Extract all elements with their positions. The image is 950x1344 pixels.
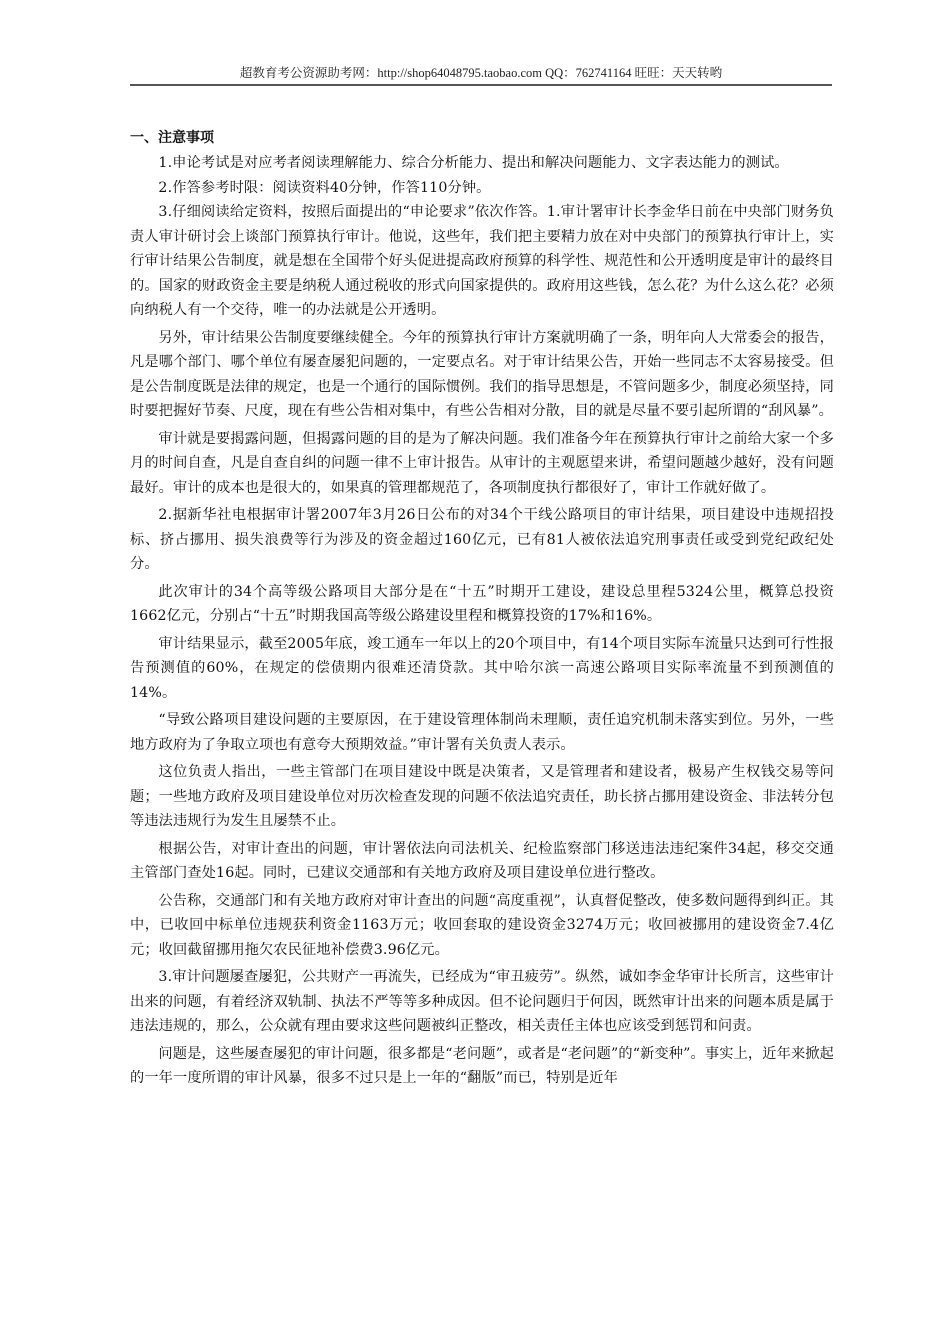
- paragraph: “导致公路项目建设问题的主要原因，在于建设管理体制尚未理顺，责任追究机制未落实到…: [130, 708, 834, 757]
- document-body: 一、注意事项 1.申论考试是对应考者阅读理解能力、综合分析能力、提出和解决问题能…: [130, 128, 834, 1091]
- page-header: 超教育考公资源助考网：http://shop64048795.taobao.co…: [130, 63, 832, 81]
- paragraph: 另外，审计结果公告制度要继续健全。今年的预算执行审计方案就明确了一条，明年向人大…: [130, 326, 834, 424]
- paragraph: 1.申论考试是对应考者阅读理解能力、综合分析能力、提出和解决问题能力、文字表达能…: [130, 151, 834, 176]
- paragraph: 审计结果显示，截至2005年底，竣工通车一年以上的20个项目中，有14个项目实际…: [130, 632, 834, 706]
- paragraph: 审计就是要揭露问题，但揭露问题的目的是为了解决问题。我们准备今年在预算执行审计之…: [130, 427, 834, 501]
- paragraph: 3.审计问题屡查屡犯，公共财产一再流失，已经成为“审丑疲劳”。纵然，诚如李金华审…: [130, 965, 834, 1039]
- paragraph: 2.据新华社电根据审计署2007年3月26日公布的对34个干线公路项目的审计结果…: [130, 503, 834, 577]
- paragraph: 根据公告，对审计查出的问题，审计署依法向司法机关、纪检监察部门移送违法违纪案件3…: [130, 837, 834, 886]
- paragraph: 2.作答参考时限：阅读资料40分钟，作答110分钟。: [130, 176, 834, 201]
- paragraph: 这位负责人指出，一些主管部门在项目建设中既是决策者，又是管理者和建设者，极易产生…: [130, 760, 834, 834]
- paragraph: 问题是，这些屡查屡犯的审计问题，很多都是“老问题”，或者是“老问题”的“新变种”…: [130, 1042, 834, 1091]
- paragraph: 公告称，交通部门和有关地方政府对审计查出的问题“高度重视”，认真督促整改，使多数…: [130, 889, 834, 963]
- header-divider: [130, 84, 832, 86]
- paragraph: 3.仔细阅读给定资料，按照后面提出的“申论要求”依次作答。1.审计署审计长李金华…: [130, 200, 834, 323]
- paragraph: 此次审计的34个高等级公路项目大部分是在“十五”时期开工建设，建设总里程5324…: [130, 580, 834, 629]
- section-heading: 一、注意事项: [130, 128, 834, 148]
